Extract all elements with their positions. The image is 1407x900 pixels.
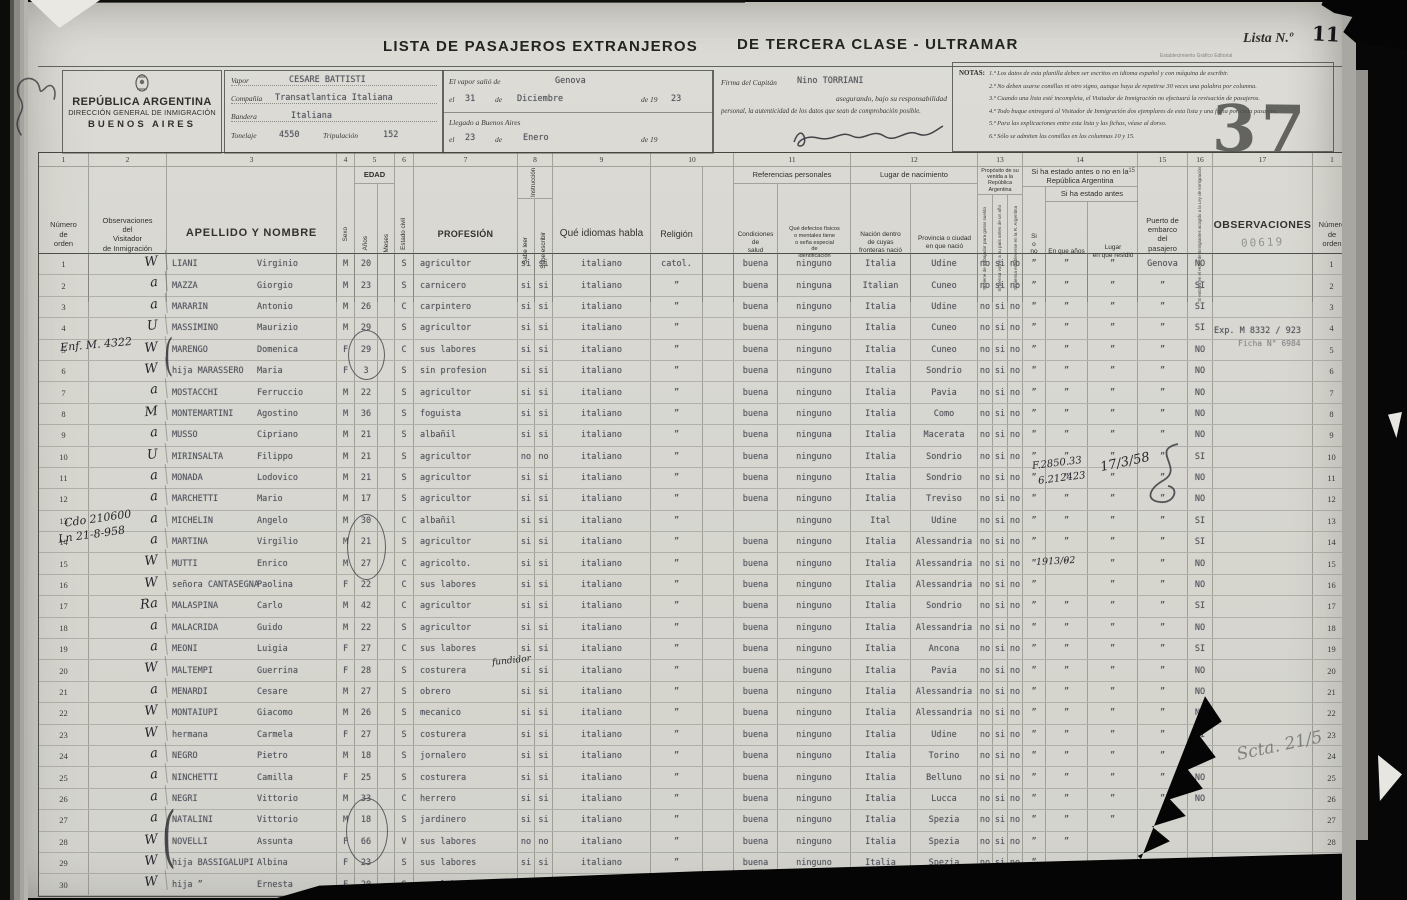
col-order-number: 19 xyxy=(39,639,89,659)
col-civil-status: S xyxy=(395,468,414,488)
col-purpose-1: no xyxy=(978,447,993,467)
header-lugar-nacimiento: Lugar de nacimiento xyxy=(851,167,977,184)
col-sex: M xyxy=(337,682,355,702)
col-defects: ninguno xyxy=(778,447,851,467)
col-purpose-2: si xyxy=(993,447,1008,467)
col-civil-status: S xyxy=(395,660,414,680)
notas-title: NOTAS: xyxy=(959,69,985,77)
col-language: italiano xyxy=(553,275,651,295)
col-defects: ninguno xyxy=(778,468,851,488)
col-defects: ninguno xyxy=(778,682,851,702)
col-health: buena xyxy=(734,789,778,809)
col-observations xyxy=(1213,618,1313,638)
col-nation: Italia xyxy=(851,340,911,360)
col-years-before: ” xyxy=(1046,511,1088,531)
col-civil-status: S xyxy=(395,703,414,723)
header-edad: EDAD xyxy=(355,167,394,184)
col-years-before: ” xyxy=(1046,639,1088,659)
col-age-years: 27 xyxy=(355,639,378,659)
col-blank xyxy=(703,725,734,745)
col-hotel-flag xyxy=(1188,810,1213,830)
col-purpose-2: si xyxy=(993,511,1008,531)
col-purpose-3: no xyxy=(1008,682,1023,702)
col-profession: obrero xyxy=(414,682,518,702)
col-sex: M xyxy=(337,703,355,723)
col-defects: ninguno xyxy=(778,489,851,509)
col-blank xyxy=(703,447,734,467)
col-purpose-1: no xyxy=(978,832,993,852)
compania-label: Compañía xyxy=(231,94,262,103)
col-blank xyxy=(703,275,734,295)
col-religion: ” xyxy=(651,660,703,680)
col-province: Udine xyxy=(911,511,978,531)
col-province: Sondrio xyxy=(911,468,978,488)
col-blank xyxy=(703,425,734,445)
col-purpose-3: no xyxy=(1008,832,1023,852)
col-number: 16 xyxy=(1188,153,1213,166)
col-been-before: ” xyxy=(1023,703,1046,723)
col-hotel-flag: NO xyxy=(1188,425,1213,445)
col-number: 10 xyxy=(651,153,734,166)
col-purpose-3: no xyxy=(1008,382,1023,402)
col-years-before: ” xyxy=(1046,425,1088,445)
col-purpose-1: no xyxy=(978,596,993,616)
col-years-before: ” xyxy=(1046,725,1088,745)
col-blank xyxy=(703,853,734,873)
col-purpose-3: no xyxy=(1008,703,1023,723)
col-order-number: 25 xyxy=(39,767,89,787)
right-page-sliver xyxy=(1356,70,1368,840)
col-number: 7 xyxy=(414,153,518,166)
col-purpose-1: no xyxy=(978,404,993,424)
col-purpose-2: si xyxy=(993,425,1008,445)
col-language: italiano xyxy=(553,767,651,787)
col-sex: F xyxy=(337,767,355,787)
col-sex: M xyxy=(337,404,355,424)
col-blank xyxy=(703,575,734,595)
col-civil-status: S xyxy=(395,746,414,766)
col-purpose-1: no xyxy=(978,789,993,809)
col-age-years: 27 xyxy=(355,682,378,702)
col-observations xyxy=(1213,767,1313,787)
col-purpose-3: no xyxy=(1008,725,1023,745)
llegada-day: 23 xyxy=(465,133,475,143)
col-purpose-3: no xyxy=(1008,660,1023,680)
col-passenger-name: MARENGODomenica xyxy=(167,340,337,360)
col-nation: Italia xyxy=(851,682,911,702)
col-purpose-1: no xyxy=(978,639,993,659)
col-age-months xyxy=(378,447,395,467)
col-been-before: ” xyxy=(1023,639,1046,659)
col-hotel-flag: NO xyxy=(1188,340,1213,360)
col-province: Lucca xyxy=(911,789,978,809)
col-purpose-2: si xyxy=(993,639,1008,659)
col-defects: ninguno xyxy=(778,639,851,659)
salio-port: Genova xyxy=(555,76,586,86)
col-purpose-2: si xyxy=(993,382,1008,402)
col-passenger-name: MONTEMARTINIAgostino xyxy=(167,404,337,424)
col-nation: Italia xyxy=(851,789,911,809)
header-instruccion: Instrucción xyxy=(518,167,552,199)
col-blank xyxy=(703,532,734,552)
col-civil-status: S xyxy=(395,318,414,338)
col-observations xyxy=(1213,254,1313,274)
col-reads: si xyxy=(518,553,535,573)
col-passenger-name: MALACRIDAGuido xyxy=(167,618,337,638)
col-civil-status: S xyxy=(395,425,414,445)
col-observations xyxy=(1213,789,1313,809)
col-purpose-3: no xyxy=(1008,746,1023,766)
col-writes: si xyxy=(535,468,553,488)
col-purpose-3: no xyxy=(1008,639,1023,659)
col-purpose-3: no xyxy=(1008,404,1023,424)
table-row: 14aMARTINAVirgilioM21Sagricultorsisiital… xyxy=(39,532,1351,553)
col-nation: Italia xyxy=(851,639,911,659)
col-health: buena xyxy=(734,810,778,830)
col-defects: ninguna xyxy=(778,275,851,295)
col-language: italiano xyxy=(553,511,651,531)
col-order-number: 29 xyxy=(39,853,89,873)
col-nation: Italia xyxy=(851,810,911,830)
col-purpose-1: no xyxy=(978,532,993,552)
col-passenger-name: MONTAIUPIGiacomo xyxy=(167,703,337,723)
col-hotel-flag: SI xyxy=(1188,447,1213,467)
col-language: italiano xyxy=(553,575,651,595)
voyage-divider xyxy=(443,112,713,113)
col-age-years: 22 xyxy=(355,618,378,638)
col-years-before: ” xyxy=(1046,532,1088,552)
col-number: 9 xyxy=(553,153,651,166)
note-anios-1913: 1913/02 xyxy=(1036,555,1076,568)
col-reads: si xyxy=(518,340,535,360)
col-civil-status: S xyxy=(395,532,414,552)
llegada-de: de xyxy=(495,135,502,144)
col-health: buena xyxy=(734,553,778,573)
column-number-row: 1 2 3 4 5 6 7 8 9 10 11 12 13 14 15 16 1… xyxy=(39,153,1351,167)
col-hotel-flag: NO xyxy=(1188,468,1213,488)
col-purpose-3: no xyxy=(1008,425,1023,445)
table-row: 18aMALACRIDAGuidoM22Sagricultorsisiitali… xyxy=(39,618,1351,639)
col-writes: si xyxy=(535,810,553,830)
col-defects: ninguno xyxy=(778,789,851,809)
col-order-number: 30 xyxy=(39,874,89,894)
col-years-before: ” xyxy=(1046,318,1088,338)
col-residence: ” xyxy=(1088,553,1138,573)
observaciones-stamp-number: 00619 xyxy=(1241,235,1285,250)
col-hotel-flag: NO xyxy=(1188,489,1213,509)
col-purpose-1: no xyxy=(978,361,993,381)
col-embark-port: ” xyxy=(1138,318,1188,338)
col-defects: ninguno xyxy=(778,318,851,338)
col-age-months xyxy=(378,660,395,680)
col-observations xyxy=(1213,361,1313,381)
col-health: buena xyxy=(734,468,778,488)
col-profession: agricultor xyxy=(414,382,518,402)
col-age-years: 26 xyxy=(355,297,378,317)
col-province: Alessandria xyxy=(911,682,978,702)
col-profession: herrero xyxy=(414,789,518,809)
col-purpose-1: no xyxy=(978,553,993,573)
col-province: Cuneo xyxy=(911,318,978,338)
col-defects: ninguno xyxy=(778,553,851,573)
col-order-number: 2 xyxy=(39,275,89,295)
col-profession: agricultor xyxy=(414,318,518,338)
col-nation: Italia xyxy=(851,254,911,274)
col-residence: ” xyxy=(1088,404,1138,424)
col-embark-port: ” xyxy=(1138,532,1188,552)
col-age-years: 26 xyxy=(355,703,378,723)
col-language: italiano xyxy=(553,810,651,830)
table-row: 2aMAZZAGiorgioM23Scarnicerosisiitaliano”… xyxy=(39,275,1351,296)
col-nation: Italia xyxy=(851,361,911,381)
table-row: 20WMALTEMPIGuerrinaF28Scosturerasisiital… xyxy=(39,660,1351,681)
col-province: Torino xyxy=(911,746,978,766)
col-writes: si xyxy=(535,682,553,702)
col-profession: sus labores xyxy=(414,575,518,595)
col-order-number: 8 xyxy=(39,404,89,424)
col-language: italiano xyxy=(553,489,651,509)
col-age-years: 21 xyxy=(355,447,378,467)
col-blank xyxy=(703,404,734,424)
col-health: buena xyxy=(734,832,778,852)
col-observations xyxy=(1213,489,1313,509)
col-purpose-2: si xyxy=(993,596,1008,616)
col-sex: F xyxy=(337,639,355,659)
col-health: buena xyxy=(734,447,778,467)
col-province: Pavia xyxy=(911,382,978,402)
col-language: italiano xyxy=(553,832,651,852)
note-expediente: Exp. M 8332 / 923 xyxy=(1214,326,1301,336)
col-been-before: ” xyxy=(1023,382,1046,402)
col-health: buena xyxy=(734,425,778,445)
col-age-years: 27 xyxy=(355,725,378,745)
col-observations xyxy=(1213,575,1313,595)
col-health: buena xyxy=(734,532,778,552)
col-profession: sus labores xyxy=(414,340,518,360)
col-reads: si xyxy=(518,361,535,381)
col-hotel-flag: NO xyxy=(1188,382,1213,402)
col-province: Alessandria xyxy=(911,703,978,723)
salio-day: 31 xyxy=(465,94,475,104)
col-purpose-3: no xyxy=(1008,553,1023,573)
col-health: buena xyxy=(734,639,778,659)
col-embark-port: ” xyxy=(1138,596,1188,616)
col-blank xyxy=(703,596,734,616)
table-row: 3aMARARINAntonioM26Ccarpinterosisiitalia… xyxy=(39,297,1351,318)
vapor-value: CESARE BATTISTI xyxy=(289,75,366,85)
col-writes: si xyxy=(535,853,553,873)
header-estado-antes: Si ha estado antes o no en la República … xyxy=(1023,167,1137,187)
col-language: italiano xyxy=(553,425,651,445)
col-writes: si xyxy=(535,596,553,616)
printer-credit: Establecimiento Gráfico Editorial xyxy=(1160,53,1232,59)
col-passenger-name: LIANIVirginio xyxy=(167,254,337,274)
col-number: 1 xyxy=(39,153,89,166)
table-row: 23WhermanaCarmelaF27Scosturerasisiitalia… xyxy=(39,725,1351,746)
col-health: buena xyxy=(734,703,778,723)
col-reads: si xyxy=(518,297,535,317)
col-order-number: 3 xyxy=(39,297,89,317)
family-brace-icon: ( xyxy=(164,330,173,381)
col-age-years: 23 xyxy=(355,275,378,295)
col-reads: no xyxy=(518,447,535,467)
col-language: italiano xyxy=(553,639,651,659)
table-row: 16Wseñora CANTASEGNAPaolinaF22Csus labor… xyxy=(39,575,1351,596)
salio-year: 23 xyxy=(671,94,681,104)
col-profession: agricultor xyxy=(414,254,518,274)
llegada-label: Llegado a Buenos Aires xyxy=(449,118,520,127)
col-religion: ” xyxy=(651,767,703,787)
col-hotel-flag xyxy=(1188,832,1213,852)
col-residence: ” xyxy=(1088,511,1138,531)
col-defects: ninguno xyxy=(778,746,851,766)
col-age-years: 25 xyxy=(355,767,378,787)
col-nation: Italia xyxy=(851,575,911,595)
col-civil-status: S xyxy=(395,682,414,702)
col-religion: ” xyxy=(651,832,703,852)
col-religion: ” xyxy=(651,404,703,424)
col-language: italiano xyxy=(553,553,651,573)
col-age-years: 18 xyxy=(355,746,378,766)
col-profession: albañil xyxy=(414,425,518,445)
table-row: 7aMOSTACCHIFerruccioM22Sagricultorsisiit… xyxy=(39,382,1351,403)
col-embark-port: ” xyxy=(1138,382,1188,402)
age-circle-annotation xyxy=(346,798,388,864)
col-purpose-3: no xyxy=(1008,361,1023,381)
col-civil-status: S xyxy=(395,767,414,787)
col-age-months xyxy=(378,746,395,766)
col-passenger-name: hija MARASSEROMaria xyxy=(167,361,337,381)
col-civil-status: S xyxy=(395,725,414,745)
col-residence: ” xyxy=(1088,703,1138,723)
col-language: italiano xyxy=(553,789,651,809)
col-profession: agricolto. xyxy=(414,553,518,573)
tripulacion-value: 152 xyxy=(383,130,398,140)
col-language: italiano xyxy=(553,746,651,766)
col-province: Pavia xyxy=(911,660,978,680)
col-observations xyxy=(1213,297,1313,317)
col-province: Spezia xyxy=(911,832,978,852)
col-writes: si xyxy=(535,382,553,402)
col-passenger-name: hermanaCarmela xyxy=(167,725,337,745)
col-purpose-2: si xyxy=(993,618,1008,638)
col-years-before: ” xyxy=(1046,767,1088,787)
col-purpose-3: no xyxy=(1008,318,1023,338)
col-civil-status: C xyxy=(395,639,414,659)
voyage-dates-box: El vapor salió de Genova el 31 de Diciem… xyxy=(442,70,714,154)
col-passenger-name: NINCHETTICamilla xyxy=(167,767,337,787)
col-purpose-3: no xyxy=(1008,297,1023,317)
col-religion: ” xyxy=(651,746,703,766)
col-writes: si xyxy=(535,489,553,509)
col-sex: M xyxy=(337,425,355,445)
salio-de19: de 19 xyxy=(641,95,657,104)
col-nation: Italia xyxy=(851,618,911,638)
col-passenger-name: NOVELLIAssunta xyxy=(167,832,337,852)
col-reads: si xyxy=(518,703,535,723)
tripulacion-label: Tripulación xyxy=(323,131,358,140)
col-profession: agricultor xyxy=(414,489,518,509)
salio-el: el xyxy=(449,95,454,104)
col-writes: si xyxy=(535,297,553,317)
col-defects: ninguno xyxy=(778,660,851,680)
col-blank xyxy=(703,340,734,360)
col-purpose-3: no xyxy=(1008,789,1023,809)
col-health: buena xyxy=(734,682,778,702)
col-nation: Italia xyxy=(851,532,911,552)
col-years-before xyxy=(1046,575,1088,595)
col-hotel-flag: NO xyxy=(1188,553,1213,573)
col-age-months xyxy=(378,468,395,488)
col-years-before: ” xyxy=(1046,618,1088,638)
col-province: Como xyxy=(911,404,978,424)
table-row: 13aMICHELINAngeloM30Calbañilsisiitaliano… xyxy=(39,511,1351,532)
col-sex: F xyxy=(337,660,355,680)
col-defects: ninguna xyxy=(778,425,851,445)
col-health: buena xyxy=(734,489,778,509)
col-age-months xyxy=(378,725,395,745)
col-health: buena xyxy=(734,404,778,424)
table-row: 17RaMALASPINACarloM42Cagricultorsisiital… xyxy=(39,596,1351,617)
vapor-label: Vapor xyxy=(231,76,249,85)
col-religion: ” xyxy=(651,682,703,702)
tonelaje-value: 4550 xyxy=(279,130,299,140)
col-sex: M xyxy=(337,382,355,402)
col-profession: sus labores xyxy=(414,853,518,873)
col-passenger-name: NEGROPietro xyxy=(167,746,337,766)
col-age-years: 20 xyxy=(355,254,378,274)
col-health: buena xyxy=(734,767,778,787)
col-residence: ” xyxy=(1088,746,1138,766)
col-health: buena xyxy=(734,746,778,766)
col-reads: si xyxy=(518,425,535,445)
col-number: 14 xyxy=(1023,153,1138,166)
col-been-before: ” xyxy=(1023,789,1046,809)
col-language: italiano xyxy=(553,532,651,552)
col-embark-port: ” xyxy=(1138,660,1188,680)
table-header: Número de orden Observaciones del Visita… xyxy=(39,167,1351,254)
col-purpose-2: si xyxy=(993,725,1008,745)
col-been-before: ” xyxy=(1023,682,1046,702)
col-writes: si xyxy=(535,404,553,424)
col-passenger-name: MARARINAntonio xyxy=(167,297,337,317)
col-purpose-2: si xyxy=(993,340,1008,360)
col-purpose-1: no xyxy=(978,340,993,360)
col-reads: si xyxy=(518,789,535,809)
col-profession: albañil xyxy=(414,511,518,531)
col-writes: si xyxy=(535,318,553,338)
col-number: 8 xyxy=(518,153,553,166)
col-years-before: ” xyxy=(1046,660,1088,680)
col-purpose-2: si xyxy=(993,468,1008,488)
col-residence: ” xyxy=(1088,340,1138,360)
col-religion: ” xyxy=(651,532,703,552)
col-language: italiano xyxy=(553,703,651,723)
col-language: italiano xyxy=(553,725,651,745)
col-purpose-3: no xyxy=(1008,511,1023,531)
col-been-before: ” xyxy=(1023,575,1046,595)
col-been-before: ” xyxy=(1023,511,1046,531)
col-province: Sondrio xyxy=(911,447,978,467)
col-sex: M xyxy=(337,618,355,638)
col-residence: ” xyxy=(1088,810,1138,830)
col-defects: ninguno xyxy=(778,361,851,381)
tonelaje-label: Tonelaje xyxy=(231,131,257,140)
col-language: italiano xyxy=(553,447,651,467)
header-referencias: Referencias personales xyxy=(734,167,850,184)
col-purpose-2: si xyxy=(993,703,1008,723)
col-embark-port: ” xyxy=(1138,340,1188,360)
